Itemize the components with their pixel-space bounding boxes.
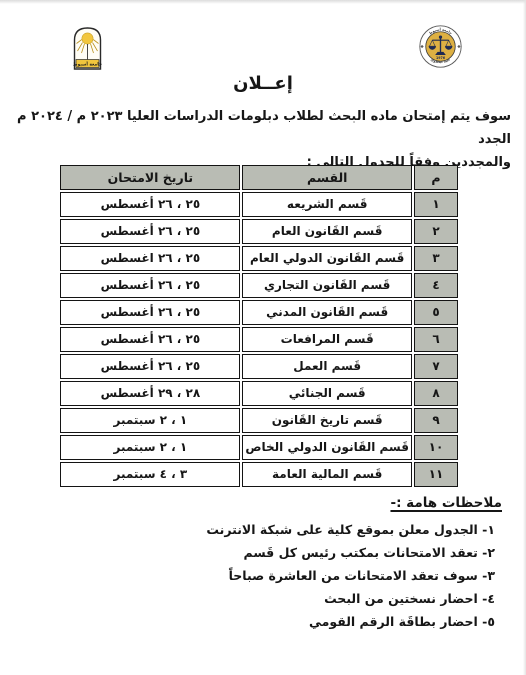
row-number-cell: ٨ xyxy=(414,381,458,406)
note-item: ٢- تعقد الامتحانات بمكتب رئيس كل قَسم xyxy=(0,546,526,560)
exam-date-cell: ٢٥ ، ٢٦ أغسطس xyxy=(60,300,240,325)
department-cell: قَسم المرافعات xyxy=(242,327,412,352)
row-number-cell: ٩ xyxy=(414,408,458,433)
exam-date-cell: ٢٥ ، ٢٦ أغسطس xyxy=(60,354,240,379)
university-logo-label: جامعة أسيوط xyxy=(73,61,102,68)
intro-line-1: سوف يتم إمتحان ماده البحث لطلاب دبلومات … xyxy=(14,105,511,151)
page-title: إعــلان xyxy=(0,73,526,94)
exam-date-cell: ١ ، ٢ سبتمبر xyxy=(60,408,240,433)
department-cell: قَسم القَانون المدني xyxy=(242,300,412,325)
row-number-cell: ١٠ xyxy=(414,435,458,460)
row-number-cell: ٤ xyxy=(414,273,458,298)
department-cell: قَسم الشريعه xyxy=(242,192,412,217)
exam-table-body: ١قَسم الشريعه٢٥ ، ٢٦ أغسطس٢قَسم القَانون… xyxy=(60,192,458,487)
table-row: ١٠قَسم القَانون الدولي الخاص١ ، ٢ سبتمبر xyxy=(60,435,458,460)
col-header-department: القسم xyxy=(242,165,412,190)
department-cell: قَسم القَانون الدولي الخاص xyxy=(242,435,412,460)
notes-list: ١- الجدول معلن بموقع كلية على شبكة الانت… xyxy=(0,523,526,629)
col-header-number: م xyxy=(414,165,458,190)
university-logo: جامعة أسيوط xyxy=(72,25,103,71)
announcement-page: { "page": { "background": "#ffffff", "te… xyxy=(0,0,526,675)
row-number-cell: ١ xyxy=(414,192,458,217)
notes-section: ملاحظات هامة :- ١- الجدول معلن بموقع كلي… xyxy=(0,495,526,629)
exam-date-cell: ٢٨ ، ٢٩ أغسطس xyxy=(60,381,240,406)
col-header-exam-date: تاريخ الامتحان xyxy=(60,165,240,190)
department-cell: قَسم الجنائي xyxy=(242,381,412,406)
note-item: ١- الجدول معلن بموقع كلية على شبكة الانت… xyxy=(0,523,526,537)
row-number-cell: ٥ xyxy=(414,300,458,325)
table-row: ١قَسم الشريعه٢٥ ، ٢٦ أغسطس xyxy=(60,192,458,217)
exam-date-cell: ١ ، ٢ سبتمبر xyxy=(60,435,240,460)
exam-schedule-table: م القسم تاريخ الامتحان ١قَسم الشريعه٢٥ ،… xyxy=(58,163,460,489)
table-row: ٧قَسم العمل٢٥ ، ٢٦ أغسطس xyxy=(60,354,458,379)
department-cell: قَسم القَانون التجاري xyxy=(242,273,412,298)
row-number-cell: ٣ xyxy=(414,246,458,271)
seal-year: 1976 xyxy=(436,56,446,60)
note-item: ٥- احضار بطاقَة الرقم القومي xyxy=(0,615,526,629)
table-row: ١١قَسم المالية العامة٣ ، ٤ سبتمبر xyxy=(60,462,458,487)
table-row: ٥قَسم القَانون المدني٢٥ ، ٢٦ أغسطس xyxy=(60,300,458,325)
exam-date-cell: ٢٥ ، ٢٦ اغسطس xyxy=(60,246,240,271)
note-item: ٣- سوف تعقد الامتحانات من العاشرة صباحاً xyxy=(0,569,526,583)
table-row: ٩قَسم تاريخ القَانون١ ، ٢ سبتمبر xyxy=(60,408,458,433)
department-cell: قَسم المالية العامة xyxy=(242,462,412,487)
exam-date-cell: ٣ ، ٤ سبتمبر xyxy=(60,462,240,487)
row-number-cell: ٢ xyxy=(414,219,458,244)
faculty-of-law-logo: جامعة أسيوط كلية الحقوق 1976 xyxy=(419,25,462,68)
row-number-cell: ١١ xyxy=(414,462,458,487)
exam-date-cell: ٢٥ ، ٢٦ أغسطس xyxy=(60,192,240,217)
row-number-cell: ٦ xyxy=(414,327,458,352)
table-row: ٨قَسم الجنائي٢٨ ، ٢٩ أغسطس xyxy=(60,381,458,406)
table-row: ٢قَسم القَانون العام٢٥ ، ٢٦ أغسطس xyxy=(60,219,458,244)
table-row: ٤قَسم القَانون التجاري٢٥ ، ٢٦ أغسطس xyxy=(60,273,458,298)
row-number-cell: ٧ xyxy=(414,354,458,379)
notes-heading: ملاحظات هامة :- xyxy=(0,495,526,511)
scan-edge-shadow xyxy=(0,0,526,4)
table-header-row: م القسم تاريخ الامتحان xyxy=(60,165,458,190)
table-row: ٣قَسم القَانون الدولي العام٢٥ ، ٢٦ اغسطس xyxy=(60,246,458,271)
exam-date-cell: ٢٥ ، ٢٦ أغسطس xyxy=(60,327,240,352)
scales-of-justice-icon: جامعة أسيوط كلية الحقوق 1976 xyxy=(419,25,462,68)
department-cell: قَسم تاريخ القَانون xyxy=(242,408,412,433)
note-item: ٤- احضار نسختين من البحث xyxy=(0,592,526,606)
table-row: ٦قَسم المرافعات٢٥ ، ٢٦ أغسطس xyxy=(60,327,458,352)
department-cell: قَسم القَانون العام xyxy=(242,219,412,244)
department-cell: قَسم القَانون الدولي العام xyxy=(242,246,412,271)
exam-date-cell: ٢٥ ، ٢٦ أغسطس xyxy=(60,219,240,244)
university-arch-sun-icon: جامعة أسيوط xyxy=(72,25,103,71)
department-cell: قَسم العمل xyxy=(242,354,412,379)
exam-date-cell: ٢٥ ، ٢٦ أغسطس xyxy=(60,273,240,298)
